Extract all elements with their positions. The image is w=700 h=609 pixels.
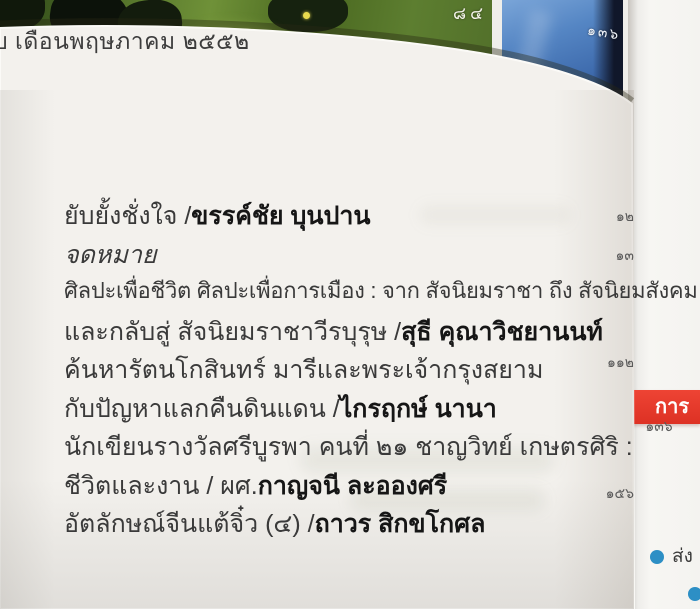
- date-header: บ เดือนพฤษภาคม ๒๕๕๒: [0, 24, 250, 60]
- toc-line: และกลับสู่ สัจนิยมราชาวีรบุรุษ / สุธี คุ…: [64, 312, 634, 351]
- toc-line: ชีวิตและงาน / ผศ. กาญจนี ละอองศรี: [64, 466, 634, 505]
- page-number: [603, 329, 643, 333]
- toc-title-text: นักเขียนรางวัลศรีบูรพา คนที่ ๒๑ ชาญวิทย์…: [64, 427, 633, 467]
- toc-author-text: ขรรค์ชัย บุนปาน: [191, 196, 370, 236]
- page-number: [594, 406, 634, 410]
- toc-title-text: ค้นหารัตนโกสินทร์ มารีและพระเจ้ากรุงสยาม: [64, 350, 543, 390]
- toc-title-text: ชีวิตและงาน / ผศ.: [64, 466, 258, 506]
- table-of-contents: ยับยั้งชั่งใจ / ขรรค์ชัย บุนปาน ๑๒ จดหมา…: [64, 196, 634, 543]
- toc-author-text: ถาวร สิกขโกศล: [315, 504, 486, 544]
- toc-title-text: และกลับสู่ สัจนิยมราชาวีรบุรุษ /: [64, 312, 401, 352]
- toc-title-text: ศิลปะเพื่อชีวิต ศิลปะเพื่อการเมือง : จาก…: [64, 273, 698, 308]
- toc-line: กับปัญหาแลกคืนดินแดน / ไกรฤกษ์ นานา: [64, 389, 634, 428]
- toc-title-text: ยับยั้งชั่งใจ /: [64, 196, 191, 236]
- toc-line: ศิลปะเพื่อชีวิต ศิลปะเพื่อการเมือง : จาก…: [64, 273, 634, 312]
- toc-title-text: อัตลักษณ์จีนแต้จิ๋ว (๔) /: [64, 504, 315, 544]
- toc-title-text: จดหมาย: [64, 235, 157, 275]
- toc-author-text: กาญจนี ละอองศรี: [258, 466, 447, 506]
- toc-line: อัตลักษณ์จีนแต้จิ๋ว (๔) / ถาวร สิกขโกศล …: [64, 504, 634, 543]
- page-number: ๑๓: [594, 241, 634, 267]
- toc-line: ค้นหารัตนโกสินทร์ มารีและพระเจ้ากรุงสยาม…: [64, 350, 634, 389]
- toc-line: นักเขียนรางวัลศรีบูรพา คนที่ ๒๑ ชาญวิทย์…: [64, 427, 634, 466]
- page-number: ๑๒: [594, 202, 634, 228]
- toc-author-text: สุธี คุณาวิชยานนท์: [401, 312, 603, 352]
- toc-line: ยับยั้งชั่งใจ / ขรรค์ชัย บุนปาน ๑๒: [64, 196, 634, 235]
- magazine-photo-scene: การ ส่ง ๘๔ ๑๓๖ บ เดือนพฤษภาคม ๒๕๕๒ ยับยั…: [0, 0, 700, 609]
- toc-author-text: ไกรฤกษ์ นานา: [340, 389, 497, 429]
- toc-title-text: กับปัญหาแลกคืนดินแดน /: [64, 389, 340, 429]
- page-number: ๑๓๖: [633, 412, 673, 438]
- page-number: ๑๑๒: [594, 348, 634, 374]
- toc-line: จดหมาย ๑๓: [64, 235, 634, 274]
- page-number: ๑๕๖: [594, 479, 634, 505]
